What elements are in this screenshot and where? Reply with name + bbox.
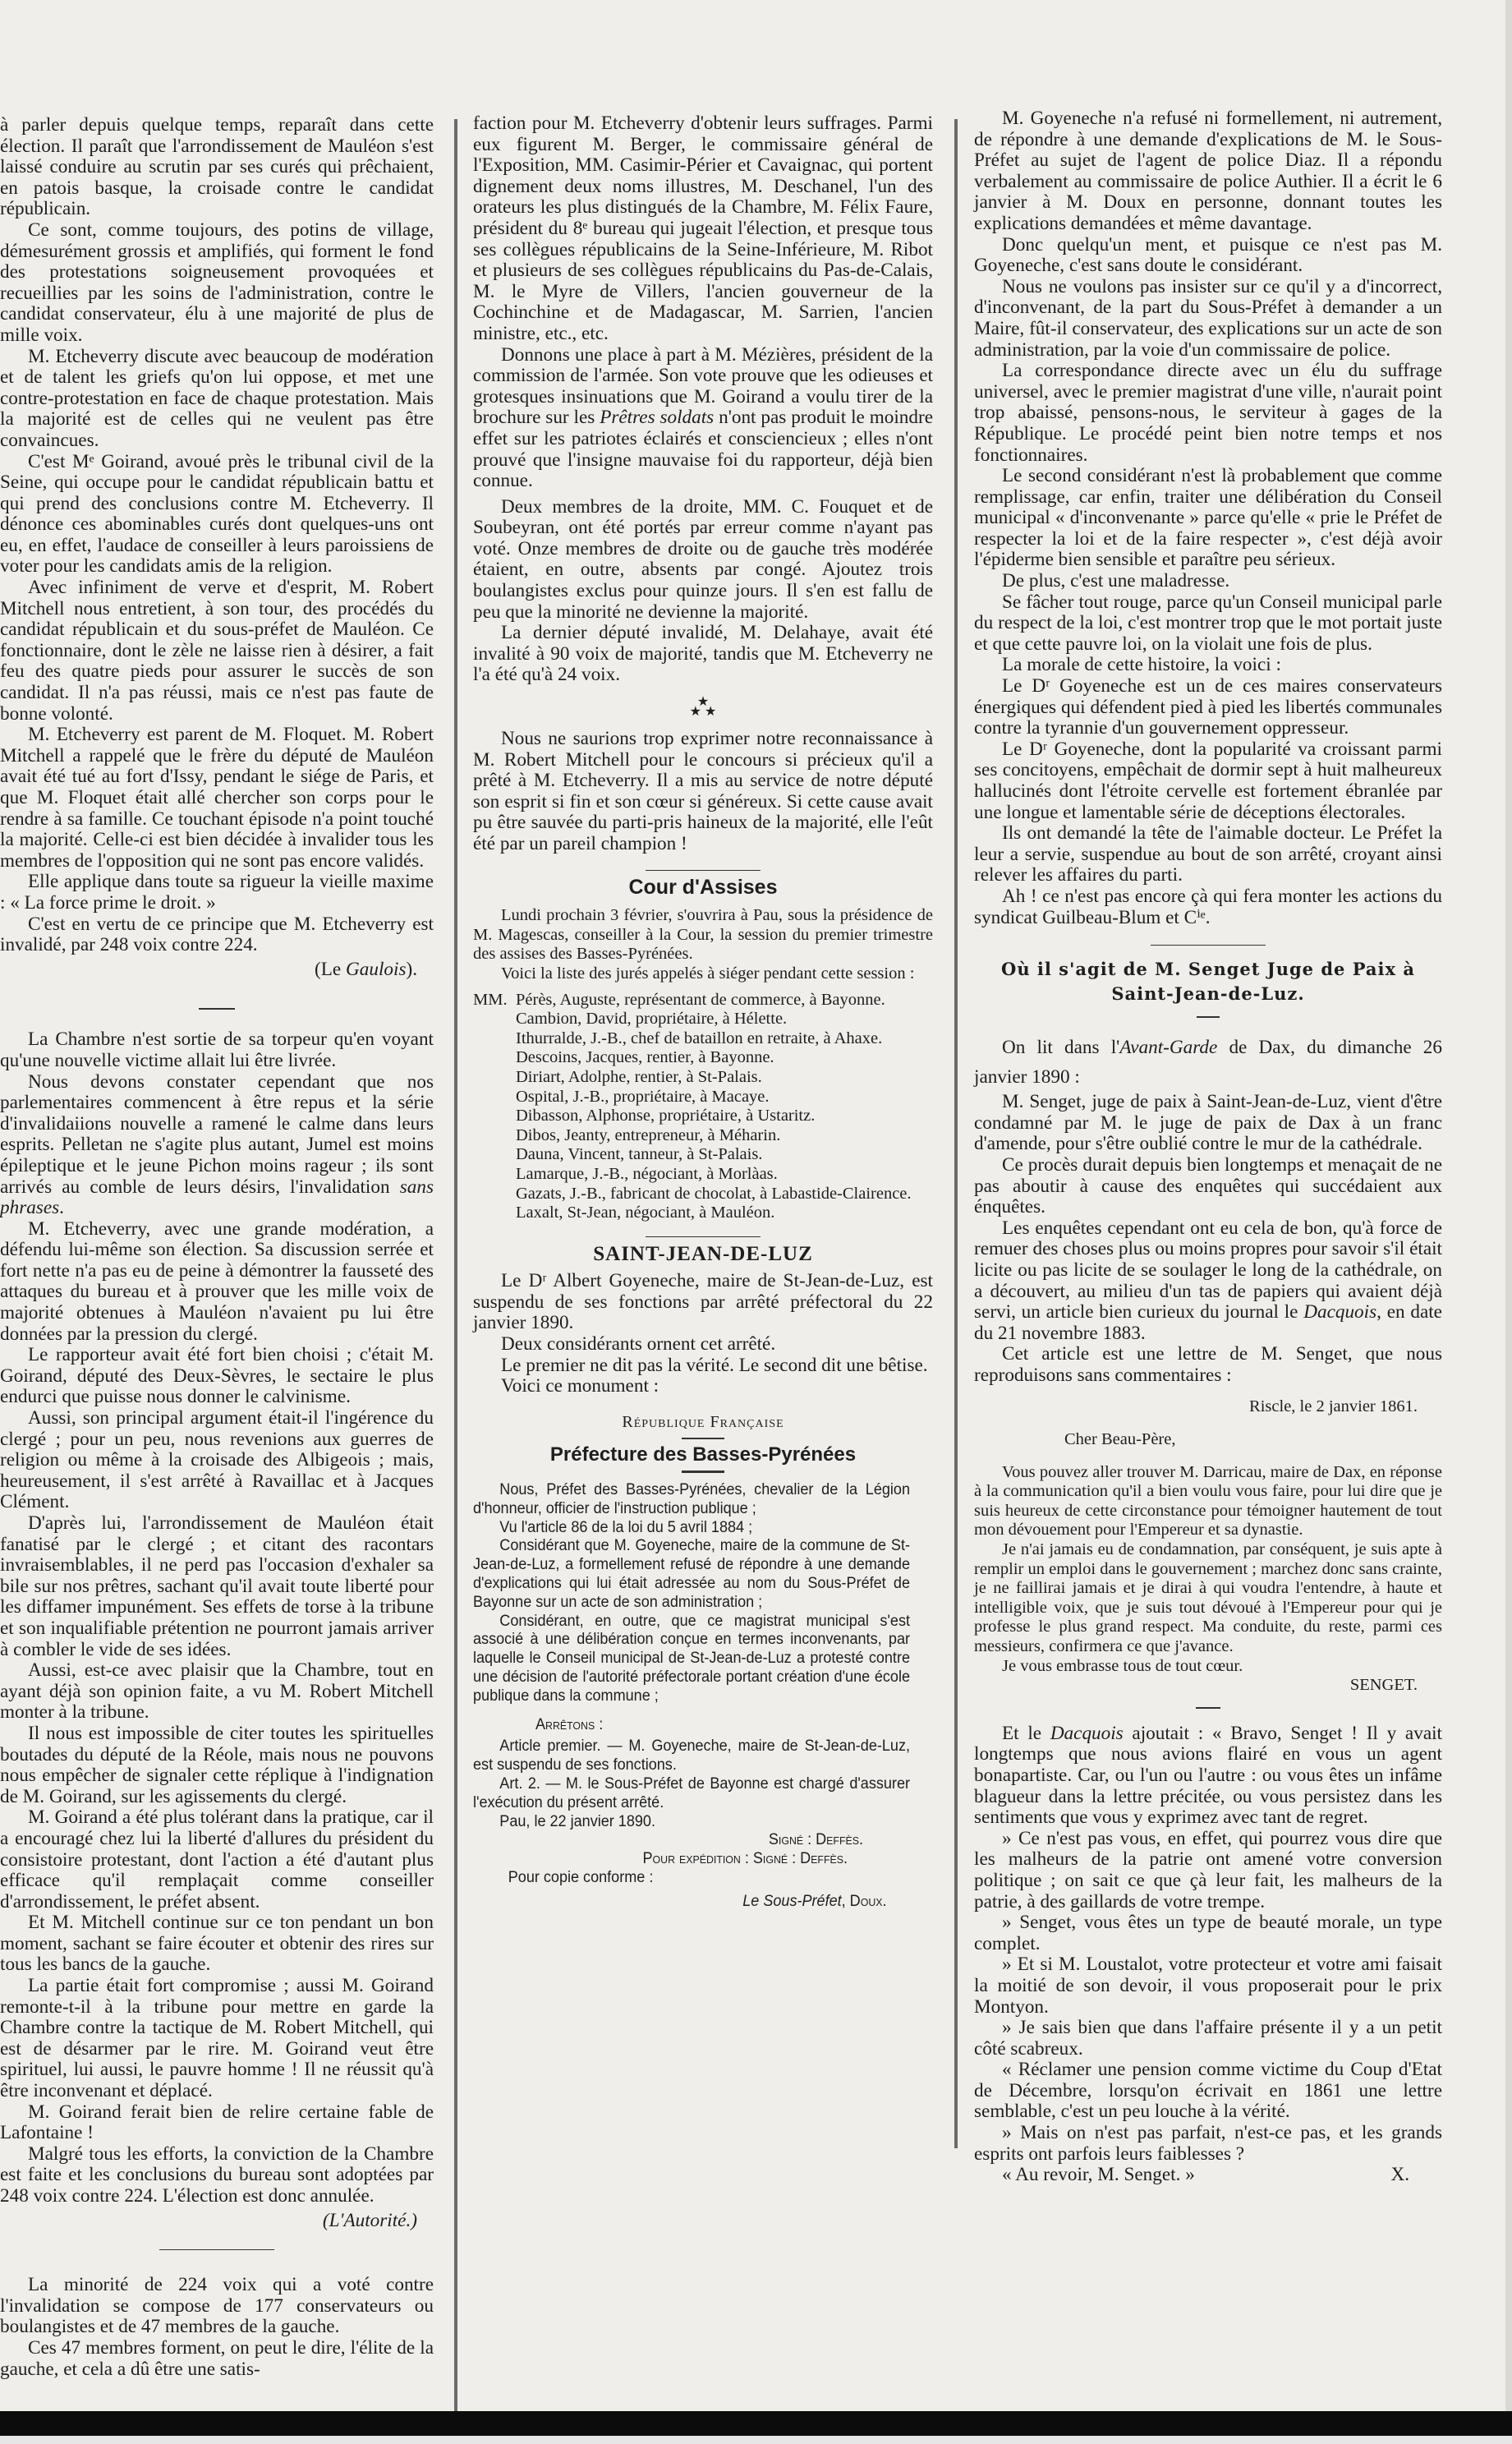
- paragraph: » Senget, vous êtes un type de beauté mo…: [974, 1912, 1442, 1954]
- section-divider: [199, 1008, 235, 1010]
- decree-paragraph: Nous, Préfet des Basses-Pyrénées, cheval…: [473, 1481, 910, 1519]
- closing-line: « Au revoir, M. Senget. » X.: [974, 2165, 1442, 2186]
- juror-item: Dauna, Vincent, tanneur, à St-Palais.: [516, 1145, 933, 1165]
- source-attribution: (L'Autorité.): [0, 2211, 417, 2232]
- paragraph: M. Goyeneche n'a refusé ni formellement,…: [974, 108, 1442, 235]
- paragraph: Nous devons constater cependant que nos …: [0, 1072, 434, 1219]
- juror-item: Lamarque, J.-B., négociant, à Morlàas.: [516, 1165, 933, 1185]
- letter-signature: SENGET.: [974, 1676, 1442, 1696]
- section-heading-cour-assises: Cour d'Assises: [473, 877, 933, 899]
- republique-heading: République Française: [473, 1412, 933, 1434]
- paragraph: Deux considérants ornent cet arrêté.: [473, 1334, 933, 1355]
- letter-paragraph: Je n'ai jamais eu de condamnation, par c…: [974, 1540, 1442, 1657]
- paragraph: Ce procès durait depuis bien longtemps e…: [974, 1155, 1442, 1218]
- paragraph: Donc quelqu'un ment, et puisque ce n'est…: [974, 235, 1442, 277]
- paragraph: » Je sais bien que dans l'affaire présen…: [974, 2018, 1442, 2060]
- source-attribution: (Le Gaulois).: [0, 960, 417, 981]
- paragraph: Deux membres de la droite, MM. C. Fouque…: [473, 497, 933, 624]
- paragraph: M. Senget, juge de paix à Saint-Jean-de-…: [974, 1092, 1442, 1155]
- decree-signature: Signé : Deffès.: [473, 1831, 910, 1850]
- paragraph: Donnons une place à part à M. Mézières, …: [473, 345, 933, 492]
- section-divider: [1196, 1707, 1220, 1709]
- section-divider: [159, 2249, 274, 2250]
- scan-margin: [0, 2436, 1512, 2444]
- paragraph: faction pour M. Etcheverry d'obtenir leu…: [473, 113, 933, 345]
- article-signature: X.: [1390, 2165, 1409, 2186]
- juror-item: Descoins, Jacques, rentier, à Bayonne.: [516, 1048, 933, 1068]
- letter-salutation: Cher Beau-Père,: [974, 1430, 1442, 1450]
- juror-list-rest: Cambion, David, propriétaire, à Hélette.…: [473, 1010, 933, 1223]
- decree-paragraph: Considérant que M. Goyeneche, maire de l…: [473, 1537, 910, 1612]
- juror-item: Dibos, Jeanty, entrepreneur, à Méharin.: [516, 1126, 933, 1146]
- paragraph: « Au revoir, M. Senget. »: [974, 2165, 1195, 2186]
- page-edge: [1505, 0, 1512, 2411]
- letter-paragraph: Vous pouvez aller trouver M. Darricau, m…: [974, 1463, 1442, 1540]
- paragraph: à parler depuis quelque temps, reparaît …: [0, 115, 434, 220]
- paragraph: De plus, c'est une maladresse.: [974, 571, 1442, 592]
- paragraph: Voici ce monument :: [473, 1376, 933, 1397]
- paragraph: La Chambre n'est sortie de sa torpeur qu…: [0, 1029, 434, 1071]
- paragraph: Le Dʳ Goyeneche, dont la popularité va c…: [974, 739, 1442, 823]
- juror-item: Laxalt, St-Jean, négociant, à Mauléon.: [516, 1204, 933, 1223]
- column-middle: faction pour M. Etcheverry d'obtenir leu…: [473, 113, 933, 1912]
- decree-signature-expedition: Pour expédition : Signé : Deffès.: [473, 1850, 910, 1869]
- juror-item: Dibasson, Alphonse, propriétaire, à Usta…: [516, 1107, 933, 1126]
- column-left: à parler depuis quelque temps, reparaît …: [0, 115, 434, 2380]
- column-right: M. Goyeneche n'a refusé ni formellement,…: [974, 108, 1442, 2186]
- paragraph: » Et si M. Loustalot, votre protecteur e…: [974, 1954, 1442, 2018]
- paragraph: Nous ne voulons pas insister sur ce qu'i…: [974, 277, 1442, 361]
- paragraph: La minorité de 224 voix qui a voté contr…: [0, 2275, 434, 2338]
- decree-article: Article premier. — M. Goyeneche, maire d…: [473, 1737, 910, 1775]
- paragraph: Ah ! ce n'est pas encore çà qui fera mon…: [974, 886, 1442, 928]
- juror-item: Cambion, David, propriétaire, à Hélette.: [516, 1010, 933, 1029]
- section-divider: [682, 1471, 724, 1473]
- asterism: ★★ ★: [473, 697, 933, 717]
- section-divider: [1197, 1016, 1220, 1018]
- decree-paragraph: Vu l'article 86 de la loi du 5 avril 188…: [473, 1519, 910, 1538]
- paragraph: Ils ont demandé la tête de l'aimable doc…: [974, 823, 1442, 886]
- section-divider: [646, 1236, 761, 1237]
- column-rule: [454, 119, 457, 2411]
- paragraph: » Mais on n'est pas parfait, n'est-ce pa…: [974, 2123, 1442, 2165]
- juror-item: Ospital, J.-B., propriétaire, à Macaye.: [516, 1088, 933, 1107]
- paragraph: M. Goirand ferait bien de relire certain…: [0, 2102, 434, 2144]
- paragraph: La partie était fort compromise ; aussi …: [0, 1976, 434, 2102]
- paragraph: Avec infiniment de verve et d'esprit, M.…: [0, 578, 434, 725]
- paragraph: D'après lui, l'arrondissement de Mauléon…: [0, 1513, 434, 1660]
- paragraph: Et M. Mitchell continue sur ce ton penda…: [0, 1912, 434, 1976]
- paragraph: Voici la liste des jurés appelés à siége…: [473, 964, 933, 984]
- paragraph: Malgré tous les efforts, la conviction d…: [0, 2144, 434, 2207]
- paragraph: » Ce n'est pas vous, en effet, qui pourr…: [974, 1829, 1442, 1912]
- paragraph: Ces 47 membres forment, on peut le dire,…: [0, 2338, 434, 2380]
- decree-article: Art. 2. — M. le Sous-Préfet de Bayonne e…: [473, 1775, 910, 1813]
- decree-date: Pau, le 22 janvier 1890.: [473, 1813, 910, 1832]
- paragraph: Aussi, est-ce avec plaisir que la Chambr…: [0, 1660, 434, 1724]
- juror-list-first: MM. Pérès, Auguste, représentant de comm…: [473, 991, 933, 1010]
- decree-paragraph: Considérant, en outre, que ce magistrat …: [473, 1613, 910, 1706]
- paragraph: Le second considérant n'est là probablem…: [974, 466, 1442, 571]
- section-heading-saint-jean-de-luz: SAINT-JEAN-DE-LUZ: [473, 1244, 933, 1265]
- section-divider: [1151, 945, 1266, 946]
- paragraph: C'est en vertu de ce principe que M. Etc…: [0, 914, 434, 956]
- paragraph: C'est Mᵉ Goirand, avoué près le tribunal…: [0, 452, 434, 578]
- decree-arretons: Arrêtons :: [473, 1716, 910, 1735]
- newspaper-page: à parler depuis quelque temps, reparaît …: [0, 0, 1512, 2411]
- section-heading-senget: Où il s'agit de M. Senget Juge de Paix à…: [974, 957, 1442, 1006]
- decree-copie: Pour copie conforme :: [473, 1869, 910, 1888]
- paragraph: Lundi prochain 3 février, s'ouvrira à Pa…: [473, 906, 933, 964]
- paragraph: Aussi, son principal argument était-il l…: [0, 1408, 434, 1513]
- paragraph: La correspondance directe avec un élu du…: [974, 361, 1442, 466]
- scan-border: [0, 2411, 1512, 2436]
- prefecture-heading: Préfecture des Basses-Pyrénées: [473, 1444, 933, 1466]
- letter-date: Riscle, le 2 janvier 1861.: [974, 1397, 1418, 1417]
- juror-item: Pérès, Auguste, représentant de commerce…: [516, 991, 933, 1010]
- paragraph: « Réclamer une pension comme victime du …: [974, 2060, 1442, 2123]
- paragraph: Il nous est impossible de citer toutes l…: [0, 1724, 434, 1807]
- paragraph: Le rapporteur avait été fort bien choisi…: [0, 1345, 434, 1408]
- paragraph: Le Dʳ Goyeneche est un de ces maires con…: [974, 676, 1442, 739]
- letter-paragraph: Je vous embrasse tous de tout cœur.: [974, 1657, 1442, 1677]
- paragraph: Les enquêtes cependant ont eu cela de bo…: [974, 1218, 1442, 1345]
- juror-item: Ithurralde, J.-B., chef de bataillon en …: [516, 1029, 933, 1049]
- column-rule: [954, 119, 958, 2148]
- decree-sousprefet: Le Sous-Préfet, Doux.: [473, 1893, 910, 1912]
- paragraph: Le premier ne dit pas la vérité. Le seco…: [473, 1355, 933, 1377]
- juror-item: Diriart, Adolphe, rentier, à St-Palais.: [516, 1068, 933, 1088]
- paragraph: La morale de cette histoire, la voici :: [974, 655, 1442, 676]
- paragraph: M. Etcheverry, avec une grande modératio…: [0, 1219, 434, 1346]
- paragraph: M. Etcheverry discute avec beaucoup de m…: [0, 347, 434, 452]
- paragraph: Et le Dacquois ajoutait : « Bravo, Senge…: [974, 1724, 1442, 1829]
- juror-item: Gazats, J.-B., fabricant de chocolat, à …: [516, 1185, 933, 1204]
- paragraph: Ce sont, comme toujours, des potins de v…: [0, 220, 434, 347]
- paragraph: M. Goirand a été plus tolérant dans la p…: [0, 1807, 434, 1912]
- paragraph: Cet article est une lettre de M. Senget,…: [974, 1344, 1442, 1386]
- paragraph: On lit dans l'Avant-Garde de Dax, du dim…: [974, 1033, 1442, 1092]
- section-divider: [682, 1438, 724, 1439]
- paragraph: M. Etcheverry est parent de M. Floquet. …: [0, 725, 434, 872]
- juror-list: MM. Pérès, Auguste, représentant de comm…: [473, 991, 933, 1223]
- paragraph: Nous ne saurions trop exprimer notre rec…: [473, 729, 933, 855]
- paragraph: La dernier député invalidé, M. Delahaye,…: [473, 623, 933, 686]
- paragraph: Le Dʳ Albert Goyeneche, maire de St-Jean…: [473, 1271, 933, 1334]
- section-divider: [646, 870, 761, 871]
- paragraph: Elle applique dans toute sa rigueur la v…: [0, 872, 434, 914]
- paragraph: Se fâcher tout rouge, parce qu'un Consei…: [974, 592, 1442, 656]
